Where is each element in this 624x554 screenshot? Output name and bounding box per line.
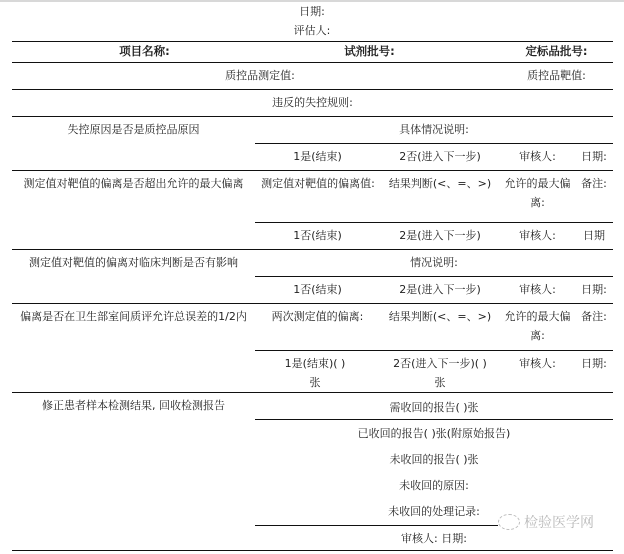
step2-result-judgement: 结果判断(<、=、>) [384,174,496,193]
table-bottom-border [12,550,613,551]
reports-to-recall: 需收回的报告( )张 [255,398,613,417]
step3-detail: 情况说明: [255,253,613,272]
sub-divider [255,419,613,420]
divider [12,89,613,90]
divider [12,249,613,250]
step4-max-deviation: 允许的最大偏离: [500,307,575,345]
step2-date: 日期 [575,226,613,245]
step2-deviation-value: 测定值对靶值的偏离值: [258,174,378,193]
top-border [0,0,624,2]
divider [12,392,613,393]
item-name-label: 项目名称: [12,42,277,61]
step3-date: 日期: [575,280,613,299]
divider [12,303,613,304]
step4-reviewer: 审核人: [500,354,575,373]
violated-rules-label: 违反的失控规则: [12,93,613,112]
step4-two-measure-deviation: 两次测定值的偏离: [255,307,380,326]
step1-option-2: 2否(进入下一步) [380,147,500,166]
step4-question: 偏离是否在卫生部室间质评允许总误差的1/2内 [12,307,255,326]
divider [12,62,613,63]
divider [12,170,613,171]
step3-option-2: 2是(进入下一步) [380,280,500,299]
step1-detail: 具体情况说明: [255,120,613,139]
step1-option-1: 1是(结束) [255,147,380,166]
step5-question: 修正患者样本检测结果, 回收检测报告 [12,396,255,415]
step4-result-judgement: 结果判断(<、=、>) [384,307,496,326]
step1-question: 失控原因是否是质控品原因 [12,120,255,139]
step4-date: 日期: [575,354,613,373]
reports-not-recalled: 未收回的报告( )张 [255,450,613,469]
date-label: 日期: [0,3,624,19]
sub-divider [255,276,613,277]
step1-reviewer: 审核人: [500,147,575,166]
step3-reviewer: 审核人: [500,280,575,299]
step2-option-2: 2是(进入下一步) [380,226,500,245]
watermark: 检验医学网 [498,512,618,532]
sub-divider [255,143,613,144]
step4-option-2: 2否(进入下一步)( )张 [390,354,490,392]
step2-max-deviation: 允许的最大偏离: [500,174,575,212]
sub-divider [255,222,613,223]
qc-target-label: 质控品靶值: [500,66,613,85]
step4-remarks: 备注: [575,307,613,326]
reagent-lot-label: 试剂批号: [277,42,462,61]
sub-divider [255,350,613,351]
step2-remarks: 备注: [575,174,613,193]
step4-option-1: 1是(结束)( )张 [280,354,350,392]
assessor-label: 评估人: [0,22,624,38]
wechat-icon [498,514,520,530]
not-recalled-reason: 未收回的原因: [255,476,613,495]
step3-option-1: 1否(结束) [255,280,380,299]
watermark-text: 检验医学网 [524,512,594,532]
step2-option-1: 1否(结束) [255,226,380,245]
step1-date: 日期: [575,147,613,166]
step3-question: 测定值对靶值的偏离对临床判断是否有影响 [12,253,255,272]
calibrator-lot-label: 定标品批号: [500,42,613,61]
step2-question: 测定值对靶值的偏离是否超出允许的最大偏离 [12,174,255,193]
qc-measured-label: 质控品测定值: [180,66,340,85]
reports-recalled: 已收回的报告( )张(附原始报告) [255,424,613,443]
step2-reviewer: 审核人: [500,226,575,245]
divider [12,116,613,117]
